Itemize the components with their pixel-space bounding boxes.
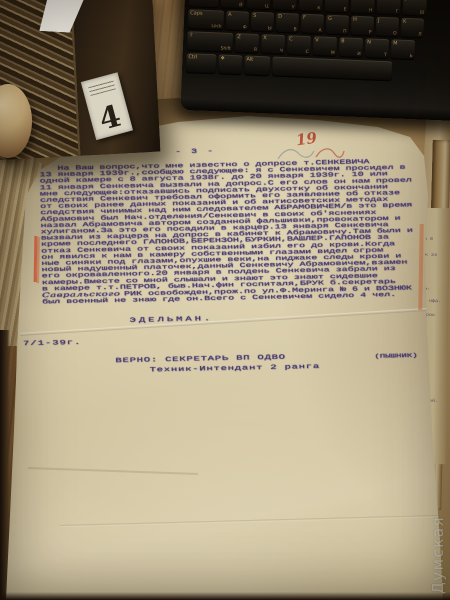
photo-scene: ш 8 к 24 нам- об ифа. срок вй. - 3 - На …	[0, 0, 450, 600]
pencil-scribble	[276, 143, 346, 165]
keyboard-key: YН	[350, 0, 375, 15]
keyboard-key: VМ	[313, 36, 338, 57]
folder-label-number: 4	[96, 100, 125, 138]
bottom-shadow	[0, 592, 450, 600]
keyboard-key: GП	[325, 15, 349, 36]
keyboard-key: EУ	[272, 0, 297, 11]
document-body-text: На Ваш вопрос,что мне известно о допросе…	[39, 158, 437, 306]
keyboard-key: IШ	[402, 0, 427, 17]
watermark-label: Думская	[429, 516, 447, 594]
keyboard-key: ↹	[188, 0, 219, 8]
keyboard-key: SЫ	[250, 12, 274, 33]
keyboard-key: ❖	[218, 54, 243, 75]
keyboard-key: HР	[350, 16, 374, 37]
keyboard-key: FА	[300, 14, 324, 35]
certify-line: ВЕРНО: СЕКРЕТАРЬ ВП ОДВО	[115, 354, 286, 364]
keyboard-key: BИ	[339, 37, 364, 58]
keyboard-key: KЛ	[400, 18, 424, 39]
keyboard-key: ⇧Shift	[187, 31, 234, 53]
keyboard-key: XЧ	[261, 34, 286, 55]
signature-name: ЭДЕЛЬМАН.	[129, 316, 213, 324]
keyboard-key: WЦ	[246, 0, 271, 10]
keyboard-key: DВ	[275, 13, 299, 34]
keyboard-key: CС	[287, 35, 312, 56]
page-number: - 3 -	[175, 149, 215, 156]
computer-keyboard: ↹QЙWЦEУRКTЕYНUГIШCapsLockAФSЫDВFАGПHРJОK…	[180, 0, 450, 121]
keyboard-key: Ctrl	[186, 53, 217, 74]
keyboard-key: NТ	[365, 38, 390, 59]
document-date: 7/1-39г.	[23, 340, 82, 348]
keyboard-key: JО	[375, 17, 399, 38]
keyboard-key: Alt	[244, 55, 271, 76]
certifier-name: (ПЫШНИК)	[374, 352, 417, 359]
certify-line: Техник-Интендант 2 ранга	[149, 364, 320, 374]
keyboard-key: RК	[298, 0, 323, 13]
keyboard-key: ZЯ	[235, 33, 260, 54]
keyboard-key: TЕ	[324, 0, 349, 14]
keyboard-key: MЬ	[391, 39, 416, 60]
margin-text-fragment: к 24	[425, 252, 437, 258]
keyboard-key	[272, 57, 393, 82]
keyboard-key: CapsLock	[188, 9, 225, 30]
keyboard-key: AФ	[226, 11, 250, 32]
keyboard-key: UГ	[376, 0, 401, 16]
keyboard-key: QЙ	[220, 0, 245, 9]
